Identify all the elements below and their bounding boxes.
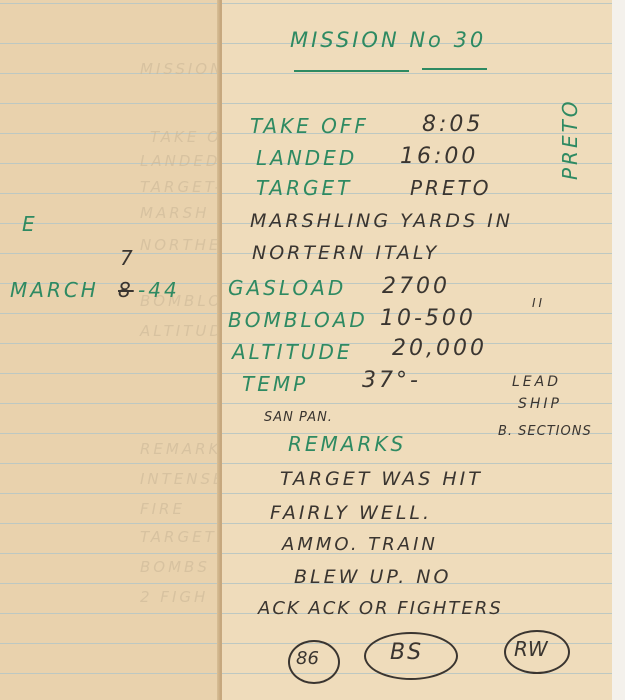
notebook-photo: MISSION No TAKE OFF- LANDED-13 TARGET-AN…	[0, 0, 625, 700]
date-month: MARCH	[10, 278, 99, 302]
landed-value: 16:00	[400, 144, 478, 169]
altitude-value: 20,000	[392, 336, 487, 361]
landed-label: LANDED	[256, 146, 357, 170]
margin-mark: E	[22, 212, 38, 236]
remarks-line: AMMO. TRAIN	[282, 534, 438, 555]
ghost-text: MARSH	[140, 204, 209, 222]
title-underline	[422, 68, 487, 70]
bombload-suffix: II	[532, 296, 545, 310]
ghost-text: INTENSE	[140, 470, 226, 488]
side-note-preto: PRETO	[558, 98, 582, 180]
mission-title: MISSION No 30	[290, 28, 486, 52]
remarks-title: REMARKS	[288, 432, 406, 456]
temp-value: 37°-	[362, 368, 421, 393]
initials-rw: RW	[514, 637, 548, 661]
date-correction: 7	[120, 246, 136, 270]
right-page: MISSION No 30 PRETO TAKE OFF 8:05 LANDED…	[222, 0, 612, 700]
title-underline	[294, 70, 409, 72]
remarks-line: BLEW UP. NO	[294, 566, 451, 588]
bombload-value: 10-500	[380, 306, 476, 331]
initials-86: 86	[296, 648, 319, 669]
target-detail-line: NORTERN ITALY	[252, 242, 439, 264]
ghost-text: FIRE	[140, 500, 185, 518]
pilot-note: SAN PAN.	[264, 410, 333, 425]
target-detail-line: MARSHLING YARDS IN	[250, 210, 513, 232]
ship-note: SHIP	[518, 396, 562, 412]
takeoff-value: 8:05	[422, 112, 483, 137]
ghost-text: BOMBS	[140, 558, 210, 576]
temp-label: TEMP	[242, 372, 308, 396]
page-edge	[612, 0, 625, 700]
ghost-text: 2 FIGH	[140, 588, 208, 606]
remarks-line: FAIRLY WELL.	[270, 502, 432, 524]
target-value: PRETO	[410, 176, 492, 200]
ghost-text: TARGET	[140, 528, 217, 546]
lead-note: LEAD	[512, 374, 561, 390]
altitude-label: ALTITUDE	[232, 340, 352, 364]
gasload-value: 2700	[382, 274, 450, 299]
takeoff-label: TAKE OFF	[250, 114, 369, 138]
remarks-line: TARGET WAS HIT	[280, 468, 483, 490]
section-note: B. SECTIONS	[498, 424, 592, 439]
initials-bs: BS	[390, 640, 423, 665]
date-year: -44	[138, 278, 180, 302]
gasload-label: GASLOAD	[228, 276, 346, 300]
date-struck-day: 8	[118, 278, 134, 302]
target-label: TARGET	[256, 176, 352, 200]
bombload-label: BOMBLOAD	[228, 308, 368, 332]
remarks-line: ACK ACK OR FIGHTERS	[258, 598, 503, 619]
left-page: MISSION No TAKE OFF- LANDED-13 TARGET-AN…	[0, 0, 222, 700]
